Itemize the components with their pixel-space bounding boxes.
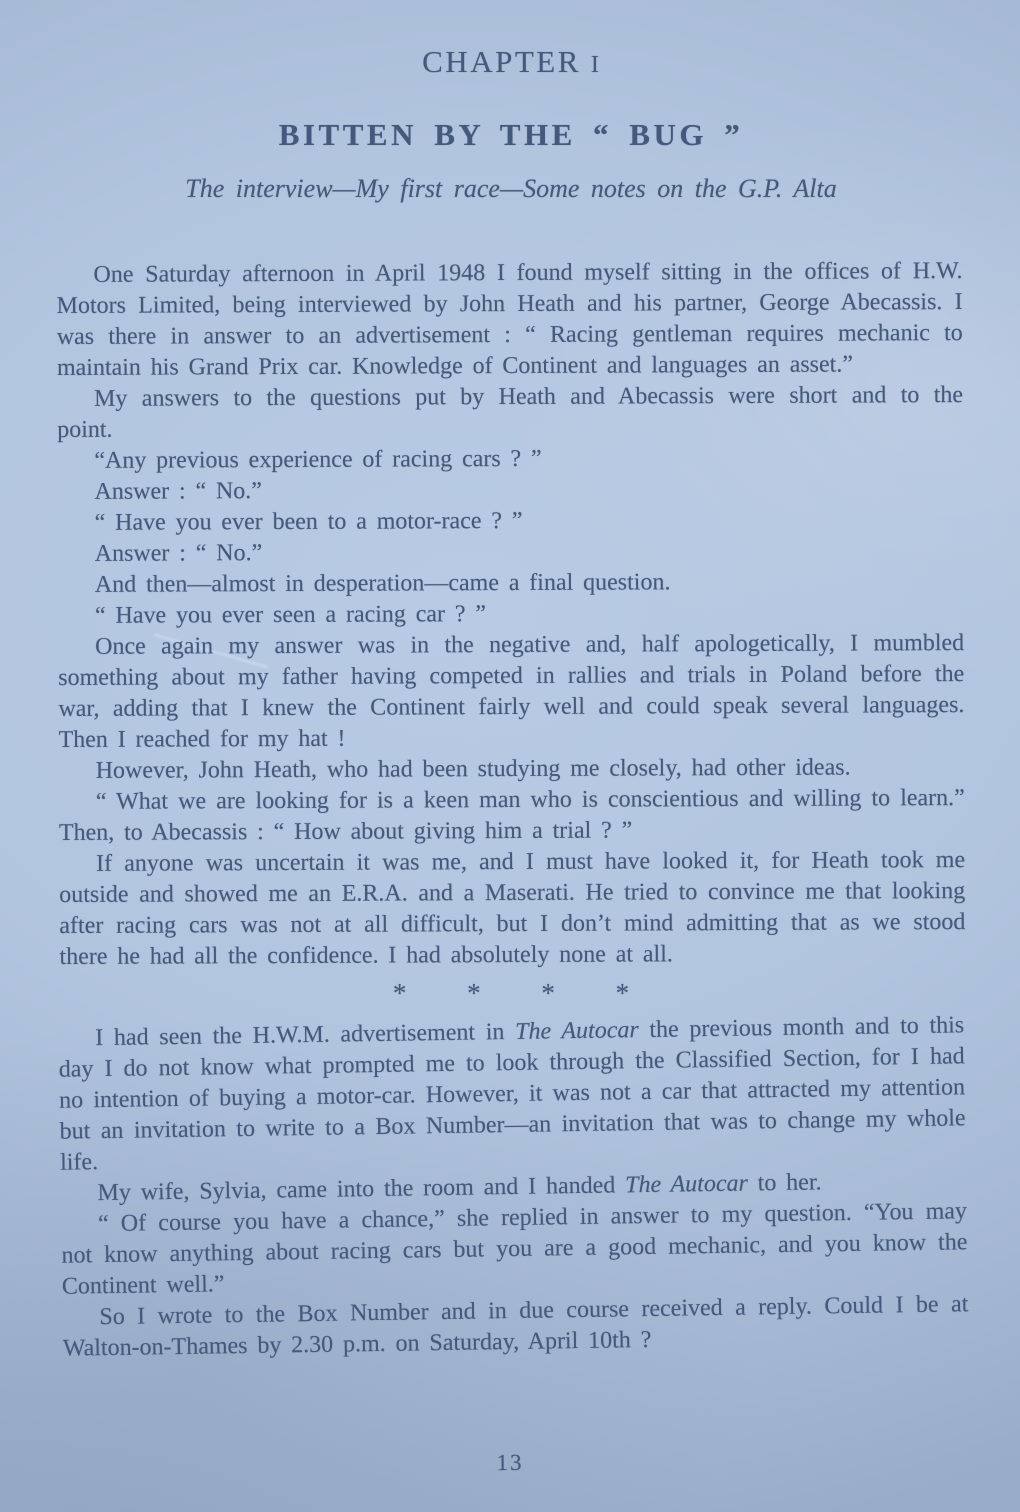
chapter-title: BITTEN BY THE “ BUG ”: [58, 117, 964, 153]
paragraph: I had seen the H.W.M. advertisement in T…: [58, 1010, 966, 1178]
text-run: If anyone was uncertain it was me, and I…: [59, 847, 965, 970]
paragraph: Answer : “ No.”: [58, 535, 964, 570]
paragraph: “Any previous experience of racing cars …: [57, 442, 963, 477]
chapter-numeral: I: [581, 52, 600, 78]
page-content: CHAPTERI BITTEN BY THE “ BUG ” The inter…: [58, 32, 964, 1358]
paragraph: “ Have you ever seen a racing car ? ”: [58, 597, 964, 632]
text-run: “ Of course you have a chance,” she repl…: [61, 1198, 967, 1299]
section-divider: * * * *: [58, 978, 964, 1009]
chapter-subtitle: The interview—My first race—Some notes o…: [58, 174, 964, 204]
italic-text: The Autocar: [625, 1171, 748, 1199]
text-run: And then—almost in desperation—came a fi…: [95, 569, 671, 598]
text-run: Once again my answer was in the negative…: [58, 630, 964, 753]
text-run: My answers to the questions put by Heath…: [57, 382, 963, 443]
text-run: So I wrote to the Box Number and in due …: [63, 1291, 969, 1361]
chapter-heading: CHAPTERI: [58, 44, 964, 80]
text-run: My wife, Sylvia, came into the room and …: [97, 1172, 625, 1206]
text-run: However, John Heath, who had been studyi…: [96, 755, 851, 784]
text-run: Answer : “ No.”: [94, 478, 262, 505]
paragraph: And then—almost in desperation—came a fi…: [58, 566, 964, 601]
paragraph: My answers to the questions put by Heath…: [57, 380, 963, 446]
paragraph: Once again my answer was in the negative…: [58, 628, 965, 756]
text-run: Answer : “ No.”: [95, 540, 263, 567]
chapter-label: CHAPTER: [422, 44, 581, 79]
text-run: “Any previous experience of racing cars …: [94, 446, 541, 474]
body-text-upper: One Saturday afternoon in April 1948 I f…: [56, 256, 965, 973]
paragraph: Answer : “ No.”: [57, 473, 963, 508]
paragraph: “ What we are looking for is a keen man …: [59, 783, 965, 849]
italic-text: The Autocar: [515, 1017, 639, 1045]
text-run: “ Have you ever seen a racing car ? ”: [95, 601, 486, 629]
paragraph: However, John Heath, who had been studyi…: [59, 752, 965, 787]
book-page: CHAPTERI BITTEN BY THE “ BUG ” The inter…: [0, 0, 1020, 1512]
paragraph: So I wrote to the Box Number and in due …: [62, 1289, 969, 1364]
paragraph: “ Of course you have a chance,” she repl…: [61, 1196, 968, 1302]
text-run: I had seen the H.W.M. advertisement in: [95, 1019, 515, 1051]
body-text-lower: I had seen the H.W.M. advertisement in T…: [58, 1010, 969, 1364]
text-run: “ Have you ever been to a motor-race ? ”: [95, 508, 523, 536]
page-number: 13: [0, 1445, 1020, 1482]
paragraph: “ Have you ever been to a motor-race ? ”: [58, 504, 964, 539]
paragraph: If anyone was uncertain it was me, and I…: [59, 845, 966, 973]
text-run: One Saturday afternoon in April 1948 I f…: [57, 258, 963, 381]
text-run: to her.: [748, 1169, 822, 1196]
paragraph: One Saturday afternoon in April 1948 I f…: [56, 256, 963, 384]
text-run: “ What we are looking for is a keen man …: [59, 785, 965, 846]
